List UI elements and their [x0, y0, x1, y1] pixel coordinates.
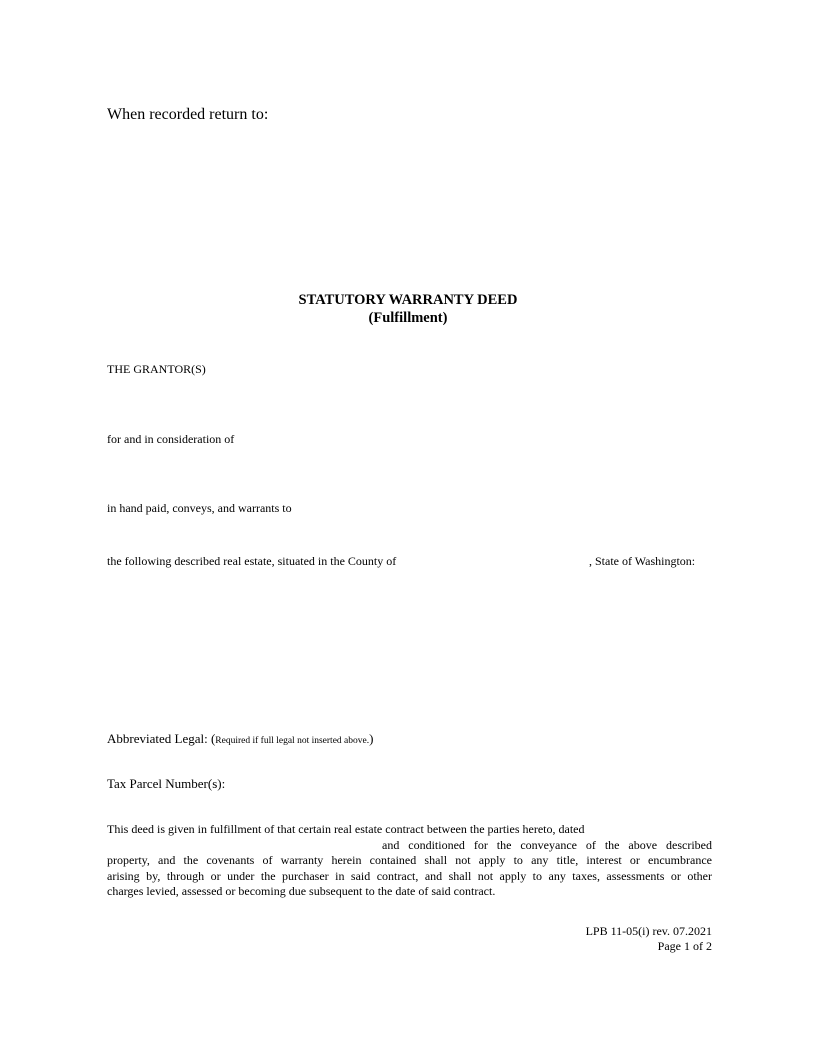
conveys-label: in hand paid, conveys, and warrants to	[107, 501, 292, 516]
abbreviated-legal-close: )	[369, 731, 373, 746]
paragraph-line: This deed is given in fulfillment of tha…	[107, 822, 712, 838]
document-subtitle: (Fulfillment)	[0, 310, 816, 327]
page-number: Page 1 of 2	[658, 939, 712, 954]
abbreviated-legal-note: Required if full legal not inserted abov…	[215, 736, 369, 746]
return-to-label: When recorded return to:	[107, 106, 268, 124]
paragraph-line: property, and the covenants of warranty …	[107, 853, 712, 869]
grantor-label: THE GRANTOR(S)	[107, 362, 206, 377]
state-label: , State of Washington:	[589, 554, 695, 569]
paragraph-line: arising by, through or under the purchas…	[107, 869, 712, 885]
paragraph-line: charges levied, assessed or becoming due…	[107, 884, 712, 900]
fulfillment-paragraph: This deed is given in fulfillment of tha…	[107, 822, 712, 900]
abbreviated-legal-text: Abbreviated Legal: (	[107, 731, 215, 746]
consideration-label: for and in consideration of	[107, 432, 234, 447]
tax-parcel-label: Tax Parcel Number(s):	[107, 776, 225, 792]
form-id: LPB 11-05(i) rev. 07.2021	[586, 924, 712, 939]
county-label: the following described real estate, sit…	[107, 554, 396, 569]
abbreviated-legal-label: Abbreviated Legal: (Required if full leg…	[107, 731, 373, 747]
paragraph-line: and conditioned for the conveyance of th…	[107, 838, 712, 854]
document-title: STATUTORY WARRANTY DEED	[0, 292, 816, 309]
